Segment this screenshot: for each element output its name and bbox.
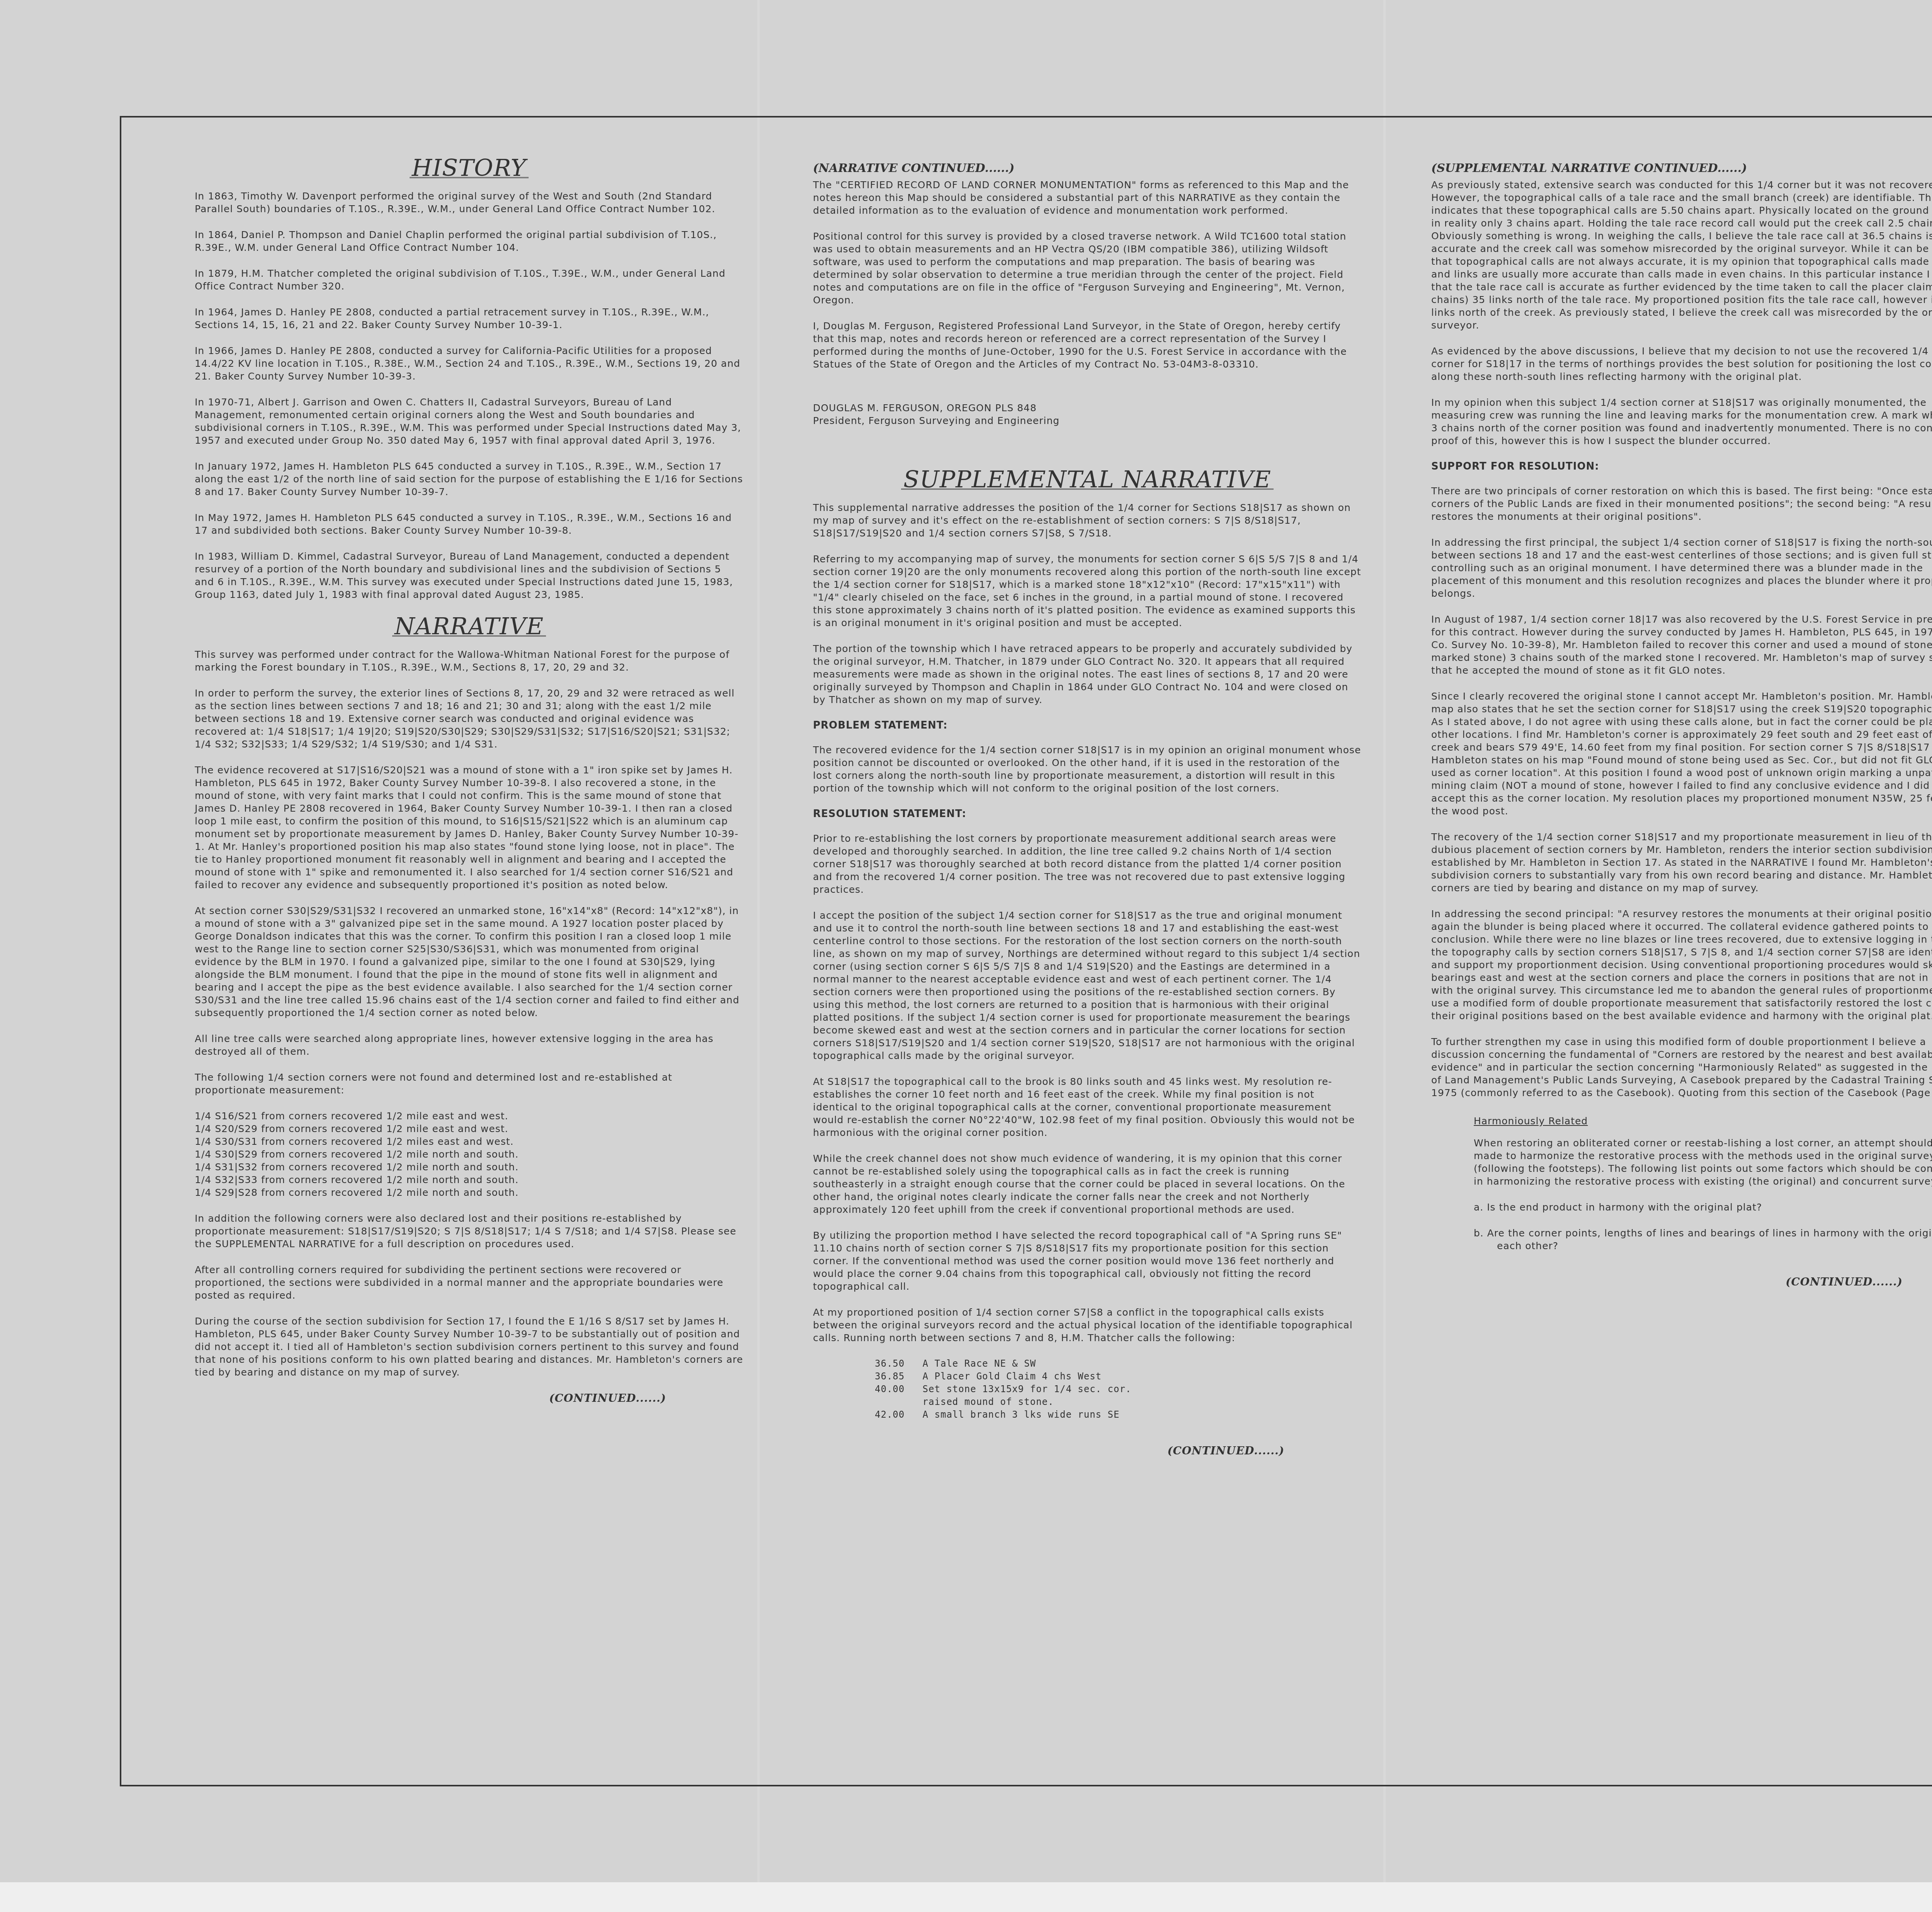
continued-label: (CONTINUED......)	[195, 1392, 743, 1405]
paragraph: After all controlling corners required f…	[195, 1263, 743, 1302]
paragraph: There are two principals of corner resto…	[1431, 485, 1932, 523]
narrative-paragraphs-2: In addition the following corners were a…	[195, 1212, 743, 1379]
paragraph: The recovery of the 1/4 section corner S…	[1431, 831, 1932, 894]
quote-items: a. Is the end product in harmony with th…	[1431, 1201, 1932, 1252]
column-history-narrative: HISTORY In 1863, Timothy W. Davenport pe…	[195, 162, 743, 1405]
paragraph: I accept the position of the subject 1/4…	[813, 909, 1362, 1062]
supplemental-heading: SUPPLEMENTAL NARRATIVE	[813, 473, 1362, 490]
survey-sheet: SHEET 5 of 6 HISTORY In 1863, Timothy W.…	[0, 0, 1932, 1882]
call-row: 36.50 A Tale Race NE & SW	[875, 1357, 1362, 1370]
lost-corners-list: 1/4 S16/S21 from corners recovered 1/2 m…	[195, 1110, 743, 1199]
narrative-paragraphs: This survey was performed under contract…	[195, 648, 743, 1096]
narrative-continued-paragraphs: The "CERTIFIED RECORD OF LAND CORNER MON…	[813, 179, 1362, 371]
paragraph: In 1966, James D. Hanley PE 2808, conduc…	[195, 344, 743, 383]
narrative-heading: NARRATIVE	[195, 620, 743, 637]
paragraph: I, Douglas M. Ferguson, Registered Profe…	[813, 320, 1362, 371]
list-item: 1/4 S30|S29 from corners recovered 1/2 m…	[195, 1148, 743, 1161]
support-heading: SUPPORT FOR RESOLUTION:	[1431, 460, 1932, 473]
list-item: 1/4 S16/S21 from corners recovered 1/2 m…	[195, 1110, 743, 1122]
thatcher-calls-table: 36.50 A Tale Race NE & SW36.85 A Placer …	[813, 1357, 1362, 1421]
paragraph: In 1864, Daniel P. Thompson and Daniel C…	[195, 228, 743, 254]
list-item: 1/4 S20/S29 from corners recovered 1/2 m…	[195, 1122, 743, 1135]
column-supplemental-continued: (SUPPLEMENTAL NARRATIVE CONTINUED......)…	[1431, 162, 1932, 1288]
column-supplemental: (NARRATIVE CONTINUED......) The "CERTIFI…	[813, 162, 1362, 1457]
paragraph: In 1983, William D. Kimmel, Cadastral Su…	[195, 550, 743, 601]
paragraph: At my proportioned position of 1/4 secti…	[813, 1306, 1362, 1344]
scan-margin	[0, 1882, 1932, 1912]
history-paragraphs: In 1863, Timothy W. Davenport performed …	[195, 190, 743, 601]
paragraph: In order to perform the survey, the exte…	[195, 687, 743, 751]
list-item: 1/4 S32|S33 from corners recovered 1/2 m…	[195, 1173, 743, 1186]
paragraph: In 1863, Timothy W. Davenport performed …	[195, 190, 743, 215]
call-row: 36.85 A Placer Gold Claim 4 chs West	[875, 1370, 1362, 1383]
paragraph: As evidenced by the above discussions, I…	[1431, 345, 1932, 383]
paragraph: Prior to re-establishing the lost corner…	[813, 832, 1362, 896]
paragraph: At section corner S30|S29/S31|S32 I reco…	[195, 904, 743, 1019]
problem-heading: PROBLEM STATEMENT:	[813, 719, 1362, 732]
signer-title: President, Ferguson Surveying and Engine…	[813, 414, 1362, 427]
paragraph: In May 1972, James H. Hambleton PLS 645 …	[195, 511, 743, 537]
supplemental-continued-heading: (SUPPLEMENTAL NARRATIVE CONTINUED......)	[1431, 162, 1932, 175]
paragraph: To further strengthen my case in using t…	[1431, 1035, 1932, 1099]
harmoniously-related-quote: When restoring an obliterated corner or …	[1474, 1137, 1932, 1188]
paragraph: The "CERTIFIED RECORD OF LAND CORNER MON…	[813, 179, 1362, 217]
call-row: 42.00 A small branch 3 lks wide runs SE	[875, 1408, 1362, 1421]
call-row: 40.00 Set stone 13x15x9 for 1/4 sec. cor…	[875, 1383, 1362, 1396]
resolution-heading: RESOLUTION STATEMENT:	[813, 808, 1362, 821]
paragraph: At S18|S17 the topographical call to the…	[813, 1075, 1362, 1139]
signer-name: DOUGLAS M. FERGUSON, OREGON PLS 848	[813, 402, 1362, 414]
paragraph: In addition the following corners were a…	[195, 1212, 743, 1250]
list-item: 1/4 S29|S28 from corners recovered 1/2 m…	[195, 1186, 743, 1199]
paragraph: In my opinion when this subject 1/4 sect…	[1431, 396, 1932, 447]
continued-label: (CONTINUED......)	[1431, 1275, 1932, 1288]
supplemental-paragraphs: This supplemental narrative addresses th…	[813, 501, 1362, 706]
paragraph: In 1879, H.M. Thatcher completed the ori…	[195, 267, 743, 293]
paragraph: In addressing the first principal, the s…	[1431, 536, 1932, 600]
paragraph: Since I clearly recovered the original s…	[1431, 690, 1932, 817]
supplemental-continued-paragraphs: As previously stated, extensive search w…	[1431, 179, 1932, 447]
paragraph: All line tree calls were searched along …	[195, 1032, 743, 1058]
continued-label: (CONTINUED......)	[813, 1444, 1362, 1457]
list-item: 1/4 S31|S32 from corners recovered 1/2 m…	[195, 1161, 743, 1173]
resolution-paragraphs: Prior to re-establishing the lost corner…	[813, 832, 1362, 1344]
paragraph: In August of 1987, 1/4 section corner 18…	[1431, 613, 1932, 677]
paragraph: Referring to my accompanying map of surv…	[813, 553, 1362, 629]
paragraph: This survey was performed under contract…	[195, 648, 743, 674]
paragraph: During the course of the section subdivi…	[195, 1315, 743, 1379]
history-heading: HISTORY	[195, 162, 743, 178]
paragraph: While the creek channel does not show mu…	[813, 1152, 1362, 1216]
list-item: 1/4 S30/S31 from corners recovered 1/2 m…	[195, 1135, 743, 1148]
paragraph: The evidence recovered at S17|S16/S20|S2…	[195, 764, 743, 891]
drawing-frame: HISTORY In 1863, Timothy W. Davenport pe…	[120, 116, 1932, 1786]
paragraph: In January 1972, James H. Hambleton PLS …	[195, 460, 743, 498]
harmoniously-related-heading: Harmoniously Related	[1474, 1115, 1932, 1127]
list-item: a. Is the end product in harmony with th…	[1474, 1201, 1932, 1214]
problem-statement: The recovered evidence for the 1/4 secti…	[813, 744, 1362, 795]
paragraph: Positional control for this survey is pr…	[813, 230, 1362, 306]
paragraph: In addressing the second principal: "A r…	[1431, 907, 1932, 1022]
paragraph: The portion of the township which I have…	[813, 642, 1362, 706]
paragraph: By utilizing the proportion method I hav…	[813, 1229, 1362, 1293]
paragraph: As previously stated, extensive search w…	[1431, 179, 1932, 332]
paragraph: In 1970-71, Albert J. Garrison and Owen …	[195, 396, 743, 447]
list-item: b. Are the corner points, lengths of lin…	[1474, 1227, 1932, 1252]
paragraph: In 1964, James D. Hanley PE 2808, conduc…	[195, 306, 743, 331]
call-row: raised mound of stone.	[875, 1396, 1362, 1408]
support-paragraphs: There are two principals of corner resto…	[1431, 485, 1932, 1099]
narrative-continued-heading: (NARRATIVE CONTINUED......)	[813, 162, 1362, 175]
paragraph: The following 1/4 section corners were n…	[195, 1071, 743, 1096]
paragraph: This supplemental narrative addresses th…	[813, 501, 1362, 540]
